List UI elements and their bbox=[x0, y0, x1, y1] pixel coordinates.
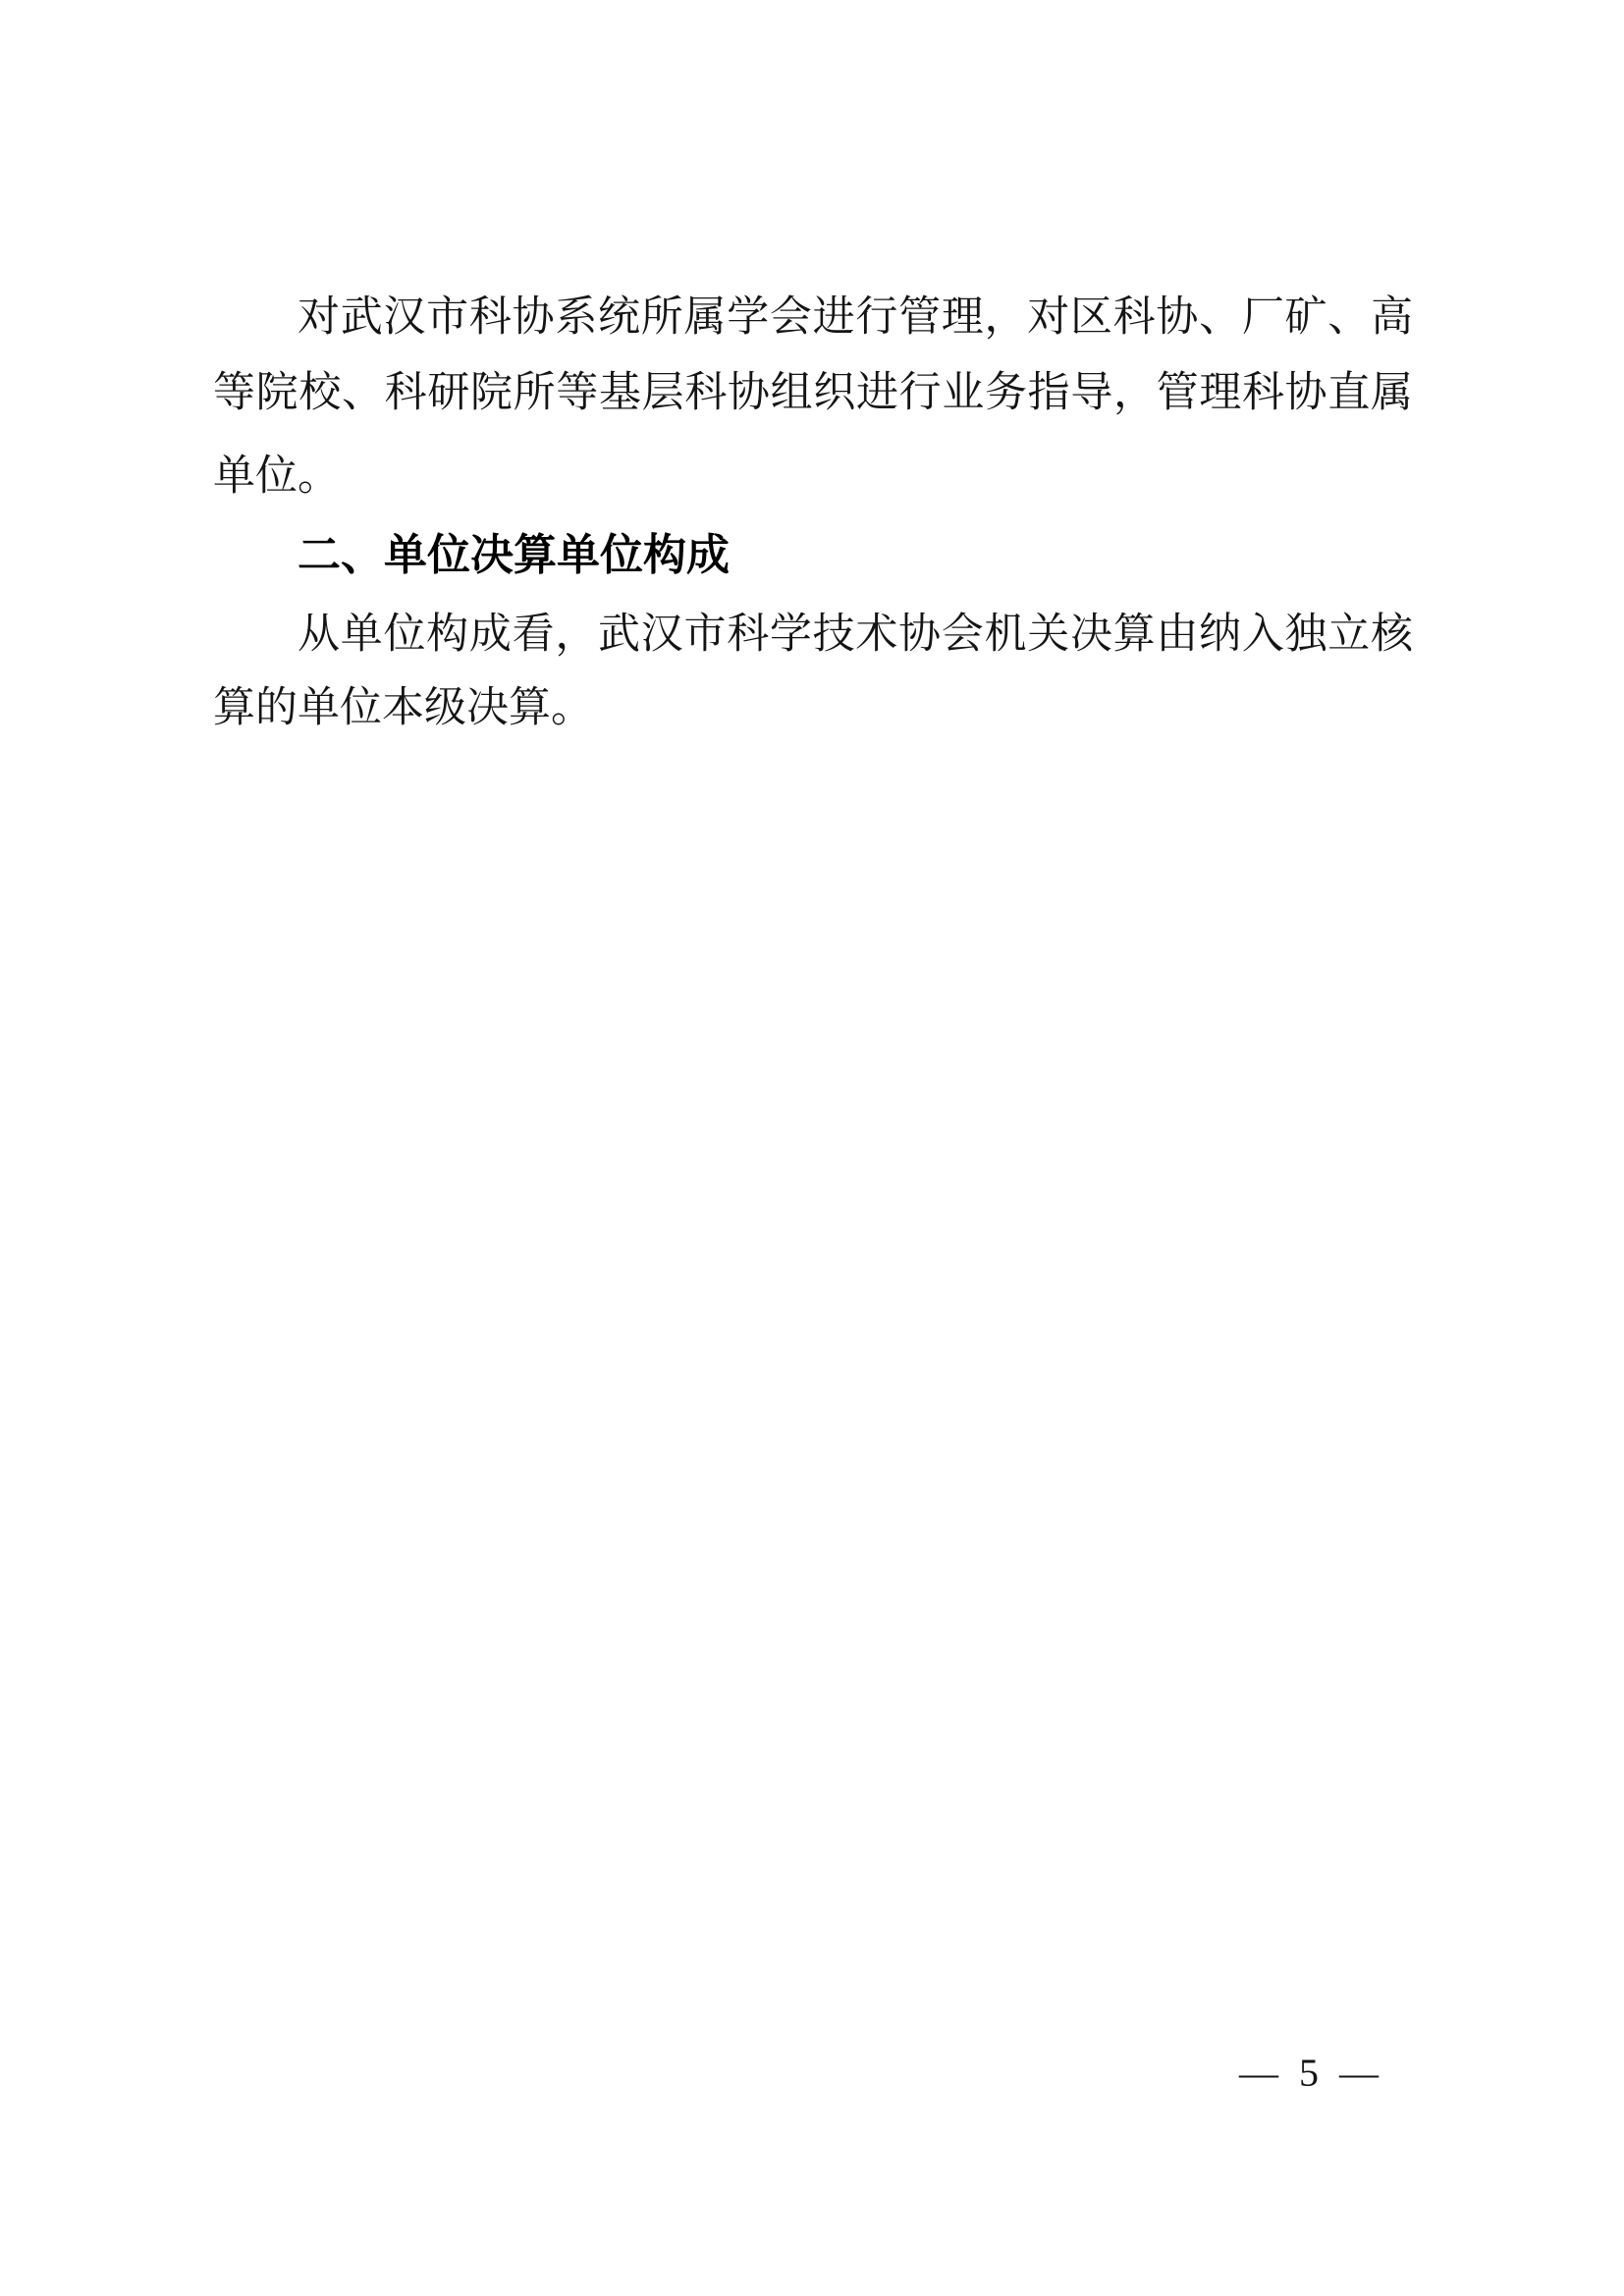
page-number: 5 bbox=[1299, 2052, 1319, 2095]
footer-right-dash: — bbox=[1339, 2052, 1379, 2095]
section-heading: 二、单位决算单位构成 bbox=[213, 532, 1413, 579]
footer-left-dash: — bbox=[1239, 2052, 1278, 2095]
page-footer: — 5 — bbox=[1239, 2052, 1379, 2095]
document-page: 对武汉市科协系统所属学会进行管理，对区科协、厂矿、高 等院校、科研院所等基层科协… bbox=[0, 0, 1624, 2296]
para1-line-3: 单位。 bbox=[213, 454, 1413, 501]
para1-line-1: 对武汉市科协系统所属学会进行管理，对区科协、厂矿、高 bbox=[213, 294, 1413, 342]
para1-line-2: 等院校、科研院所等基层科协组织进行业务指导，管理科协直属 bbox=[213, 370, 1413, 417]
para2-line-2: 算的单位本级决算。 bbox=[213, 685, 1413, 732]
para2-line-1: 从单位构成看，武汉市科学技术协会机关决算由纳入独立核 bbox=[213, 612, 1413, 659]
